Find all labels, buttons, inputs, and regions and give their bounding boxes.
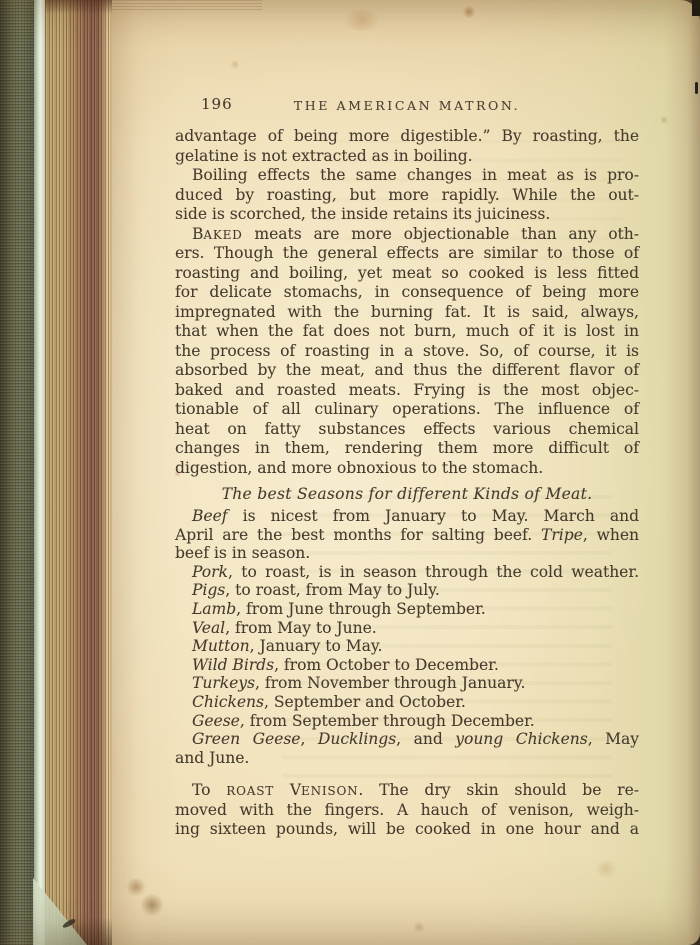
item-mutton: Mutton, January to May. bbox=[175, 637, 639, 656]
text-line: Green Geese, Ducklings, and young Chicke… bbox=[175, 730, 639, 749]
stain-spot bbox=[140, 894, 164, 916]
text-line: Pork, to roast, is in season through the… bbox=[175, 563, 639, 582]
stain-spot bbox=[660, 116, 668, 124]
text-line: Chickens, September and October. bbox=[175, 693, 639, 712]
text-line: Geese, from September through December. bbox=[175, 712, 639, 731]
text-line: Wild Birds, from October to December. bbox=[175, 656, 639, 675]
text-line: duced by roasting, but more rapidly. Whi… bbox=[175, 186, 639, 206]
text-line: ers. Though the general effects are simi… bbox=[175, 244, 639, 264]
item-pigs: Pigs, to roast, from May to July. bbox=[175, 581, 639, 600]
text-line: moved with the fingers. A hauch of venis… bbox=[175, 801, 639, 821]
item-veal: Veal, from May to June. bbox=[175, 619, 639, 638]
endpaper-strip bbox=[34, 0, 45, 945]
text-line: heat on fatty substances effects various… bbox=[175, 420, 639, 440]
stain-spot bbox=[340, 10, 384, 30]
text-line: the process of roasting in a stove. So, … bbox=[175, 342, 639, 362]
scan-edge-mark bbox=[692, 0, 700, 16]
page-header: 196 THE AMERICAN MATRON. bbox=[175, 95, 639, 115]
text-line: for delicate stomachs, in consequence of… bbox=[175, 283, 639, 303]
item-wild-birds: Wild Birds, from October to December. bbox=[175, 656, 639, 675]
text-line: digestion, and more obnoxious to the sto… bbox=[175, 459, 639, 479]
book-page-scan: 196 THE AMERICAN MATRON. advantage of be… bbox=[0, 0, 700, 945]
item-geese: Geese, from September through December. bbox=[175, 712, 639, 731]
item-green-geese: Green Geese, Ducklings, and young Chicke… bbox=[175, 730, 639, 767]
text-line: advantage of being more digestible.” By … bbox=[175, 127, 639, 147]
para-venison: To ROAST VENISON. The dry skin should be… bbox=[175, 781, 639, 840]
scan-edge-mark bbox=[695, 82, 698, 94]
para-digestible: advantage of being more digestible.” By … bbox=[175, 127, 639, 166]
text-line: ing sixteen pounds, will be cooked in on… bbox=[175, 820, 639, 840]
para-baked: BAKED meats are more objectionable than … bbox=[175, 225, 639, 479]
top-page-edges bbox=[112, 0, 262, 10]
text-line: impregnated with the burning fat. It is … bbox=[175, 303, 639, 323]
text-line: gelatine is not extracted as in boiling. bbox=[175, 147, 639, 167]
text-block: 196 THE AMERICAN MATRON. advantage of be… bbox=[175, 95, 639, 115]
stain-spot bbox=[230, 60, 240, 69]
item-beef: Beef is nicest from January to May. Marc… bbox=[175, 507, 639, 563]
item-lamb: Lamb, from June through September. bbox=[175, 600, 639, 619]
running-title: THE AMERICAN MATRON. bbox=[175, 98, 639, 113]
text-line: Veal, from May to June. bbox=[175, 619, 639, 638]
page-body: advantage of being more digestible.” By … bbox=[175, 127, 639, 840]
text-line: that when the fat does not burn, much of… bbox=[175, 322, 639, 342]
section-heading: The best Seasons for different Kinds of … bbox=[175, 485, 639, 504]
text-line: tionable of all culinary operations. The… bbox=[175, 400, 639, 420]
text-line: Mutton, January to May. bbox=[175, 637, 639, 656]
text-line: changes in them, rendering them more dif… bbox=[175, 439, 639, 459]
text-line: absorbed by the meat, and thus the diffe… bbox=[175, 361, 639, 381]
page-stack-fore-edge bbox=[45, 0, 112, 945]
stain-spot bbox=[412, 922, 426, 932]
text-line: Lamb, from June through September. bbox=[175, 600, 639, 619]
text-line: baked and roasted meats. Frying is the m… bbox=[175, 381, 639, 401]
item-chickens: Chickens, September and October. bbox=[175, 693, 639, 712]
text-line: Beef is nicest from January to May. Marc… bbox=[175, 507, 639, 526]
stain-spot bbox=[594, 860, 618, 878]
text-line: roasting and boiling, yet meat so cooked… bbox=[175, 264, 639, 284]
text-line: and June. bbox=[175, 749, 639, 768]
stain-spot bbox=[462, 6, 476, 18]
text-line: Pigs, to roast, from May to July. bbox=[175, 581, 639, 600]
text-line: BAKED meats are more objectionable than … bbox=[175, 225, 639, 245]
text-line: April are the best months for salting be… bbox=[175, 526, 639, 545]
item-pork: Pork, to roast, is in season through the… bbox=[175, 563, 639, 582]
page-surface: 196 THE AMERICAN MATRON. advantage of be… bbox=[112, 0, 700, 945]
text-line: side is scorched, the inside retains its… bbox=[175, 205, 639, 225]
stain-spot bbox=[126, 878, 146, 896]
text-line: beef is in season. bbox=[175, 544, 639, 563]
text-line: Turkeys, from November through January. bbox=[175, 674, 639, 693]
para-boiling: Boiling effects the same changes in meat… bbox=[175, 166, 639, 225]
item-turkeys: Turkeys, from November through January. bbox=[175, 674, 639, 693]
book-cover-cloth bbox=[0, 0, 34, 945]
text-line: Boiling effects the same changes in meat… bbox=[175, 166, 639, 186]
text-line: To ROAST VENISON. The dry skin should be… bbox=[175, 781, 639, 801]
